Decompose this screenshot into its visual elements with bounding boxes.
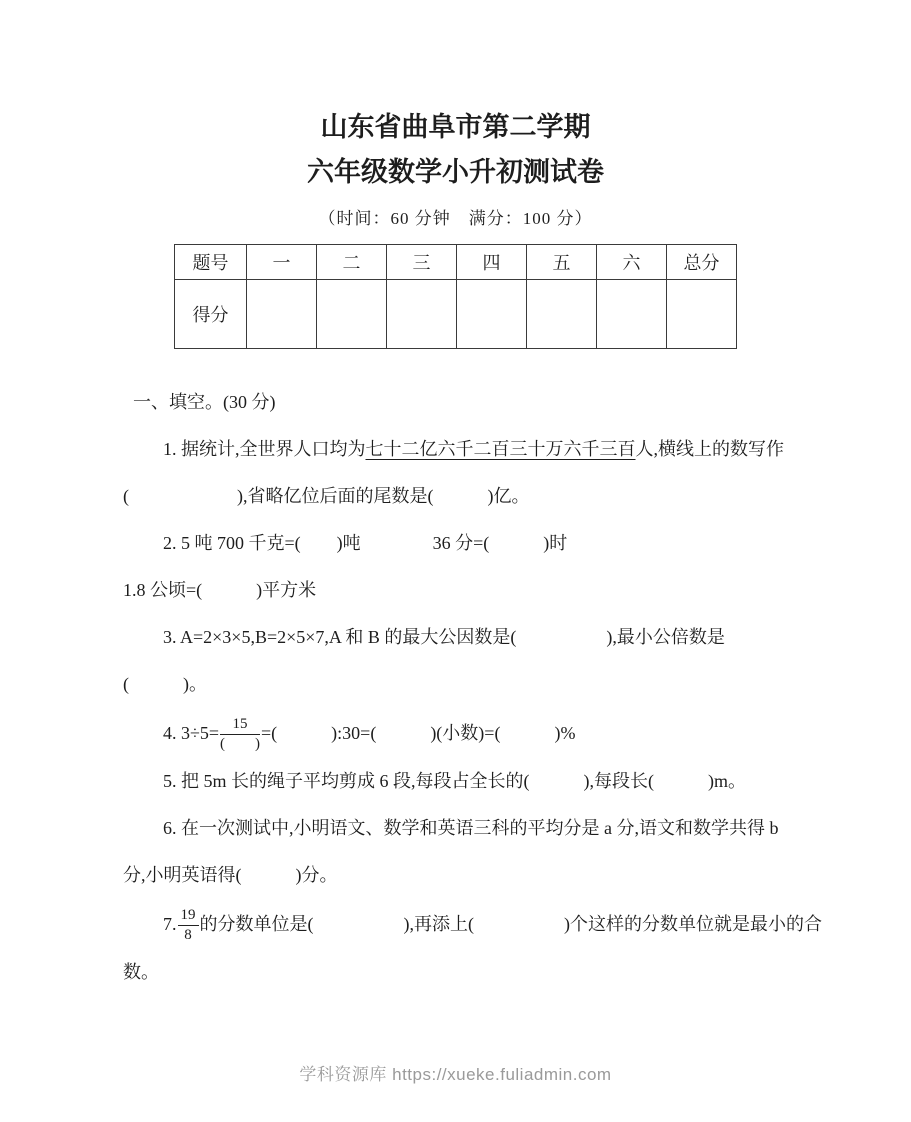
q4-fraction: 15( ) <box>220 716 260 754</box>
q7-fraction-numerator: 19 <box>178 907 199 926</box>
score-empty-cell <box>247 280 317 349</box>
score-empty-cell <box>317 280 387 349</box>
score-table: 题号 一 二 三 四 五 六 总分 得分 <box>174 244 737 349</box>
score-table-header-cell: 六 <box>597 245 667 280</box>
test-paper-page: 山东省曲阜市第二学期 六年级数学小升初测试卷 （时间：60 分钟 满分：100 … <box>0 0 911 1122</box>
score-table-header-cell: 四 <box>457 245 527 280</box>
score-empty-cell <box>667 280 737 349</box>
q7-fraction-denominator: 8 <box>178 926 199 944</box>
question-3-line-2: ( )。 <box>123 661 911 708</box>
q1-text-after: 人,横线上的数写作 <box>636 439 785 459</box>
score-empty-cell <box>527 280 597 349</box>
q4-text-after: =( ):30=( )(小数)=( )% <box>261 723 575 743</box>
page-title-line1: 山东省曲阜市第二学期 <box>0 0 911 142</box>
score-table-score-row: 得分 <box>175 280 737 349</box>
question-2-line-1: 2. 5 吨 700 千克=( )吨 36 分=( )时 <box>123 520 911 567</box>
q7-fraction: 198 <box>178 907 199 945</box>
score-label-cell: 得分 <box>175 280 247 349</box>
question-1-line-1: 1. 据统计,全世界人口均为七十二亿六千二百三十万六千三百人,横线上的数写作 <box>123 426 911 473</box>
question-1-line-2: ( ),省略亿位后面的尾数是( )亿。 <box>123 473 911 520</box>
q4-text-before: 4. 3÷5= <box>163 723 219 743</box>
question-2-line-2: 1.8 公顷=( )平方米 <box>123 567 911 614</box>
q4-fraction-numerator: 15 <box>220 716 260 735</box>
section-heading: 一、填空。(30 分) <box>123 379 911 426</box>
watermark-footer: 学科资源库 https://xueke.fuliadmin.com <box>0 1060 911 1085</box>
score-table-header-row: 题号 一 二 三 四 五 六 总分 <box>175 245 737 280</box>
question-5-line: 5. 把 5m 长的绳子平均剪成 6 段,每段占全长的( ),每段长( )m。 <box>123 758 911 805</box>
question-3-line-1: 3. A=2×3×5,B=2×5×7,A 和 B 的最大公因数是( ),最小公倍… <box>123 614 911 661</box>
question-6-line-1: 6. 在一次测试中,小明语文、数学和英语三科的平均分是 a 分,语文和数学共得 … <box>123 805 911 852</box>
score-table-header-cell: 题号 <box>175 245 247 280</box>
score-table-header-cell: 一 <box>247 245 317 280</box>
question-7-line-2: 数。 <box>123 949 911 996</box>
questions-content: 一、填空。(30 分) 1. 据统计,全世界人口均为七十二亿六千二百三十万六千三… <box>123 379 911 996</box>
q4-fraction-denominator: ( ) <box>220 735 260 753</box>
q1-underlined-number: 七十二亿六千二百三十万六千三百 <box>366 439 636 459</box>
question-4-line: 4. 3÷5=15( )=( ):30=( )(小数)=( )% <box>123 708 911 758</box>
score-table-header-cell: 二 <box>317 245 387 280</box>
q1-text-before: 1. 据统计,全世界人口均为 <box>163 439 366 459</box>
question-7-line-1: 7.198的分数单位是( ),再添上( )个这样的分数单位就是最小的合 <box>123 899 911 949</box>
score-empty-cell <box>597 280 667 349</box>
q7-text-before: 7. <box>163 914 177 934</box>
exam-info: （时间：60 分钟 满分：100 分） <box>0 204 911 229</box>
score-table-header-cell: 三 <box>387 245 457 280</box>
score-empty-cell <box>457 280 527 349</box>
score-table-header-cell: 五 <box>527 245 597 280</box>
score-empty-cell <box>387 280 457 349</box>
question-6-line-2: 分,小明英语得( )分。 <box>123 852 911 899</box>
score-table-header-cell: 总分 <box>667 245 737 280</box>
page-title-line2: 六年级数学小升初测试卷 <box>0 157 911 187</box>
q7-text-after: 的分数单位是( ),再添上( )个这样的分数单位就是最小的合 <box>200 914 822 934</box>
